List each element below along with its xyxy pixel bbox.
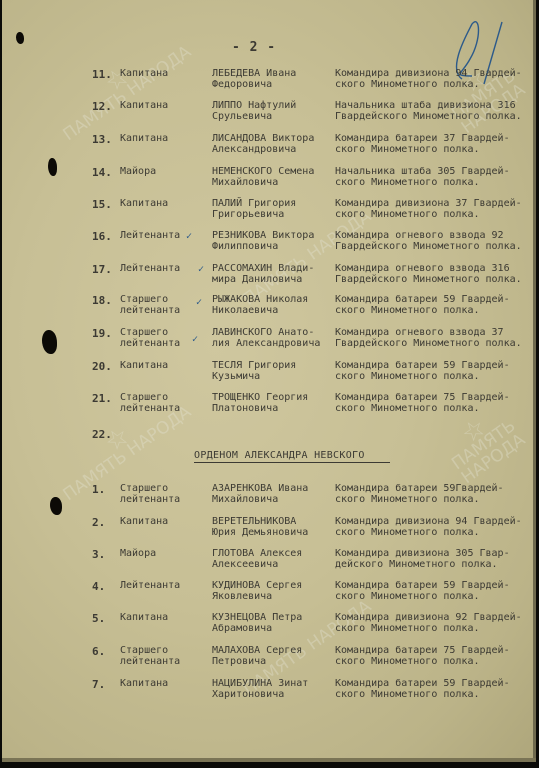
page-number: - 2 - [232,40,276,55]
list-item: 4.ЛейтенантаКУДИНОВА Сергея ЯковлевичаКо… [2,580,536,610]
document-page: ☆ПАМЯТЬ НАРОДА ☆ПАМЯТЬ НАРОДА ☆ПАМЯТЬ НА… [2,0,536,762]
item-number: 6. [92,645,105,658]
item-position: Командира дивизиона 305 Гвар- дейского М… [335,548,510,570]
item-number: 22. [92,428,112,441]
item-number: 3. [92,548,105,561]
list-item: 17.ЛейтенантаРАССОМАХИН Влади- мира Дани… [2,263,536,293]
item-name: КУДИНОВА Сергея Яковлевича [212,580,302,602]
item-rank: Капитана [120,198,168,209]
item-rank: Капитана [120,516,168,527]
item-position: Начальника штаба дивизиона 316 Гвардейск… [335,100,522,122]
item-rank: Лейтенанта [120,230,180,241]
item-position: Командира батареи 59 Гвардей- ского Мино… [335,580,510,602]
item-number: 4. [92,580,105,593]
list-item: 19.Старшего лейтенантаЛАВИНСКОГО Анато- … [2,327,536,357]
item-rank: Капитана [120,612,168,623]
item-position: Командира батареи 59Гвардей- ского Мином… [335,483,504,505]
item-name: ЛИППО Нафтулий Срульевича [212,100,296,122]
item-number: 21. [92,392,112,405]
item-name: РЫЖАКОВА Николая Николаевича [212,294,308,316]
punch-hole [16,32,24,44]
item-name: ПАЛИЙ Григория Григорьевича [212,198,296,220]
item-name: МАЛАХОВА Сергея Петровича [212,645,302,667]
checkmark-icon: ✓ [198,264,204,275]
item-number: 15. [92,198,112,211]
list-item: 2.КапитанаВЕРЕТЕЛЬНИКОВА Юрия Демьянович… [2,516,536,546]
item-position: Командира батареи 59 Гвардей- ского Мино… [335,678,510,700]
item-rank: Лейтенанта [120,580,180,591]
item-number: 12. [92,100,112,113]
list-item: 14.МайораНЕМЕНСКОГО Семена МихайловичаНа… [2,166,536,196]
list-item: 11.КапитанаЛЕБЕДЕВА Ивана ФедоровичаКома… [2,68,536,98]
checkmark-icon: ✓ [192,334,198,345]
item-position: Командира дивизиона 94 Гвардей- ского Ми… [335,516,522,538]
item-position: Командира батареи 59 Гвардей- ского Мино… [335,294,510,316]
item-name: ВЕРЕТЕЛЬНИКОВА Юрия Демьяновича [212,516,308,538]
section-heading: ОРДЕНОМ АЛЕКСАНДРА НЕВСКОГО [194,450,390,463]
list-item: 21.Старшего лейтенантаТРОЩЕНКО Георгия П… [2,392,536,422]
item-position: Командира дивизиона 94 Гвардей- ского Ми… [335,68,522,90]
item-rank: Капитана [120,360,168,371]
item-position: Командира огневого взвода 316 Гвардейско… [335,263,522,285]
item-rank: Капитана [120,133,168,144]
list-item: 16.ЛейтенантаРЕЗНИКОВА Виктора Филиппови… [2,230,536,260]
item-name: ГЛОТОВА Алексея Алексеевича [212,548,302,570]
item-position: Начальника штаба 305 Гвардей- ского Мино… [335,166,510,188]
item-rank: Старшего лейтенанта [120,327,180,349]
list-item: 7.КапитанаНАЦИБУЛИНА Зинат ХаритоновичаК… [2,678,536,708]
item-rank: Лейтенанта [120,263,180,274]
list-item: 12.КапитанаЛИППО Нафтулий СрульевичаНача… [2,100,536,130]
list-item: 15.КапитанаПАЛИЙ Григория ГригорьевичаКо… [2,198,536,228]
item-position: Командира огневого взвода 92 Гвардейског… [335,230,522,252]
item-number: 1. [92,483,105,496]
list-item: 6.Старшего лейтенантаМАЛАХОВА Сергея Пет… [2,645,536,675]
list-item: 1.Старшего лейтенантаАЗАРЕНКОВА Ивана Ми… [2,483,536,513]
checkmark-icon: ✓ [186,231,192,242]
item-rank: Старшего лейтенанта [120,483,180,505]
item-name: ЛАВИНСКОГО Анато- лия Александровича [212,327,320,349]
item-number: 2. [92,516,105,529]
list-item: 13.КапитанаЛИСАНДОВА Виктора Александров… [2,133,536,163]
checkmark-icon: ✓ [196,297,202,308]
item-name: РАССОМАХИН Влади- мира Даниловича [212,263,314,285]
item-rank: Старшего лейтенанта [120,645,180,667]
item-position: Командира батареи 37 Гвардей- ского Мино… [335,133,510,155]
item-name: РЕЗНИКОВА Виктора Филипповича [212,230,314,252]
item-number: 18. [92,294,112,307]
item-number: 19. [92,327,112,340]
item-number: 5. [92,612,105,625]
list-item: 20.КапитанаТЕСЛЯ Григория КузьмичаКоманд… [2,360,536,390]
item-position: Командира дивизиона 92 Гвардей- ского Ми… [335,612,522,634]
item-name: ЛИСАНДОВА Виктора Александровича [212,133,314,155]
item-name: НЕМЕНСКОГО Семена Михайловича [212,166,314,188]
item-rank: Старшего лейтенанта [120,294,180,316]
item-number: 16. [92,230,112,243]
item-number: 11. [92,68,112,81]
item-position: Командира батареи 59 Гвардей- ского Мино… [335,360,510,382]
item-name: НАЦИБУЛИНА Зинат Харитоновича [212,678,308,700]
item-rank: Капитана [120,678,168,689]
item-position: Командира огневого взвода 37 Гвардейског… [335,327,522,349]
item-name: КУЗНЕЦОВА Петра Абрамовича [212,612,302,634]
item-name: ТЕСЛЯ Григория Кузьмича [212,360,296,382]
item-position: Командира батареи 75 Гвардей- ского Мино… [335,645,510,667]
item-name: АЗАРЕНКОВА Ивана Михайловича [212,483,308,505]
item-rank: Майора [120,548,156,559]
item-rank: Старшего лейтенанта [120,392,180,414]
item-number: 17. [92,263,112,276]
item-rank: Капитана [120,100,168,111]
item-number: 20. [92,360,112,373]
list-item: 5.КапитанаКУЗНЕЦОВА Петра АбрамовичаКома… [2,612,536,642]
item-name: ТРОЩЕНКО Георгия Платоновича [212,392,308,414]
item-name: ЛЕБЕДЕВА Ивана Федоровича [212,68,296,90]
list-item: 18.Старшего лейтенантаРЫЖАКОВА Николая Н… [2,294,536,324]
item-position: Командира дивизиона 37 Гвардей- ского Ми… [335,198,522,220]
item-number: 7. [92,678,105,691]
item-number: 14. [92,166,112,179]
item-rank: Майора [120,166,156,177]
item-number: 13. [92,133,112,146]
list-item: 3.МайораГЛОТОВА Алексея АлексеевичаКоман… [2,548,536,578]
item-rank: Капитана [120,68,168,79]
item-position: Командира батареи 75 Гвардей- ского Мино… [335,392,510,414]
